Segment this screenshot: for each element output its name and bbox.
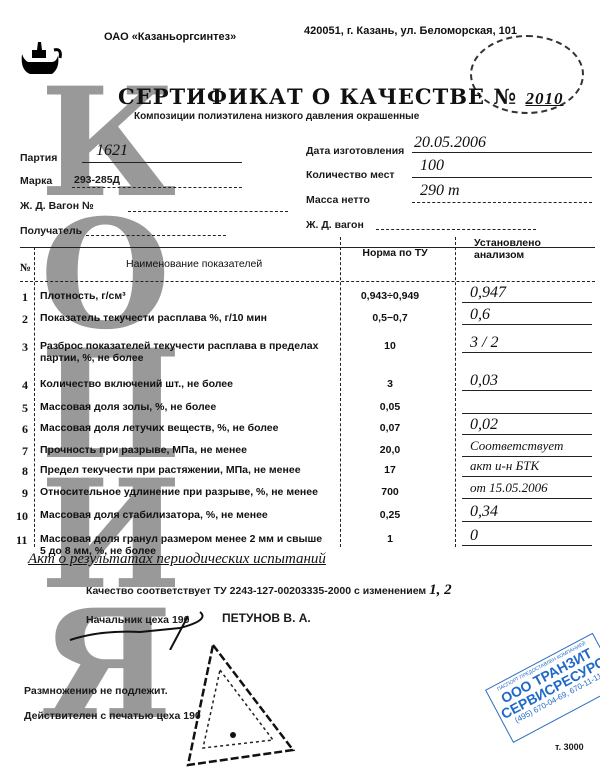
field-label-packages: Количество мест [306, 169, 395, 181]
row-norm: 0,05 [345, 401, 435, 413]
row-num: 11 [16, 533, 27, 548]
row-num: 10 [16, 509, 28, 524]
field-value-manufacture-date: 20.05.2006 [414, 134, 486, 152]
row-name: Количество включений шт., не более [40, 378, 330, 390]
row-norm: 17 [345, 464, 435, 476]
company-address: 420051, г. Казань, ул. Беломорская, 101 [304, 25, 517, 37]
row-name: Предел текучести при растяжении, МПа, не… [40, 464, 330, 476]
row-num: 2 [22, 312, 28, 327]
print-ref: т. 3000 [555, 742, 584, 752]
row-result: 0,03 [470, 372, 498, 390]
row-result: Соответствует [470, 438, 563, 454]
signature-name: ПЕТУНОВ В. А. [222, 611, 311, 625]
row-name: Относительное удлинение при разрыве, %, … [40, 486, 330, 498]
row-result: от 15.05.2006 [470, 480, 548, 496]
certificate-title: СЕРТИФИКАТ О КАЧЕСТВЕ № 2010 [118, 84, 563, 109]
row-result: 0,6 [470, 306, 490, 324]
handwritten-note: Акт о результатах периодических испытани… [28, 551, 326, 568]
row-num: 9 [22, 486, 28, 501]
row-norm: 1 [345, 533, 435, 545]
field-label-net-mass: Масса нетто [306, 194, 370, 206]
table-header-num: № [20, 262, 31, 274]
field-value-net-mass: 290 т [420, 182, 460, 200]
row-name: Показатель текучести расплава %, г/10 ми… [40, 312, 330, 324]
row-name: Массовая доля стабилизатора, %, не менее [40, 509, 330, 521]
field-value-grade: 293-285Д [74, 174, 120, 186]
row-result: 0,947 [470, 284, 506, 302]
row-num: 3 [22, 340, 28, 355]
field-label-railcar: Ж. Д. Вагон № [20, 200, 94, 212]
validity-note: Действителен с печатью цеха 190 [24, 710, 201, 722]
row-result: акт и-н БТК [470, 458, 539, 474]
row-norm: 0,5−0,7 [345, 312, 435, 324]
row-name: Плотность, г/см³ [40, 290, 330, 302]
field-label-manufacture-date: Дата изготовления [306, 145, 404, 157]
row-norm: 3 [345, 378, 435, 390]
company-logo-icon [18, 40, 63, 80]
table-header-name: Наименование показателей [126, 258, 262, 270]
row-result: 0 [470, 527, 478, 545]
row-num: 4 [22, 378, 28, 393]
row-norm: 0,943÷0,949 [345, 290, 435, 302]
row-norm: 700 [345, 486, 435, 498]
conformity-text: Качество соответствует ТУ 2243-127-00203… [86, 582, 452, 599]
row-name: Прочность при разрыве, МПа, не менее [40, 444, 330, 456]
conformity-statement: Качество соответствует ТУ 2243-127-00203… [86, 585, 426, 597]
row-num: 7 [22, 444, 28, 459]
row-norm: 10 [345, 340, 435, 352]
certificate-title-text: СЕРТИФИКАТ О КАЧЕСТВЕ № [118, 84, 517, 109]
table-header-norm: Норма по ТУ [355, 247, 435, 259]
supplier-stamp: ПАСПОРТ ПРЕДОСТАВЛЕН КОМПАНИЕЙ ООО ТРАНЗ… [485, 633, 600, 743]
row-num: 1 [22, 290, 28, 305]
row-name: Массовая доля летучих веществ, %, не бол… [40, 422, 330, 434]
row-name: Разброс показателей текучести расплава в… [40, 340, 330, 364]
field-label-batch: Партия [20, 152, 57, 164]
row-norm: 0,25 [345, 509, 435, 521]
no-copy-note: Размножению не подлежит. [24, 685, 168, 697]
row-num: 6 [22, 422, 28, 437]
table-header-result: Установлено анализом [474, 237, 584, 261]
row-result: 3 / 2 [470, 334, 498, 352]
field-value-packages: 100 [420, 157, 444, 175]
company-name: ОАО «Казаньоргсинтез» [104, 31, 236, 43]
row-num: 5 [22, 401, 28, 416]
row-name: Массовая доля золы, %, не более [40, 401, 330, 413]
field-label-grade: Марка [20, 175, 52, 187]
field-label-railcar-right: Ж. Д. вагон [306, 219, 364, 231]
row-result: 0,34 [470, 503, 498, 521]
product-subtitle: Композиции полиэтилена низкого давления … [134, 111, 419, 122]
row-result: 0,02 [470, 416, 498, 434]
field-label-recipient: Получатель [20, 225, 82, 237]
row-num: 8 [22, 464, 28, 479]
field-value-batch: 1621 [96, 142, 128, 160]
row-norm: 20,0 [345, 444, 435, 456]
row-norm: 0,07 [345, 422, 435, 434]
certificate-number: 2010 [525, 89, 563, 108]
conformity-changes: 1, 2 [429, 582, 452, 598]
